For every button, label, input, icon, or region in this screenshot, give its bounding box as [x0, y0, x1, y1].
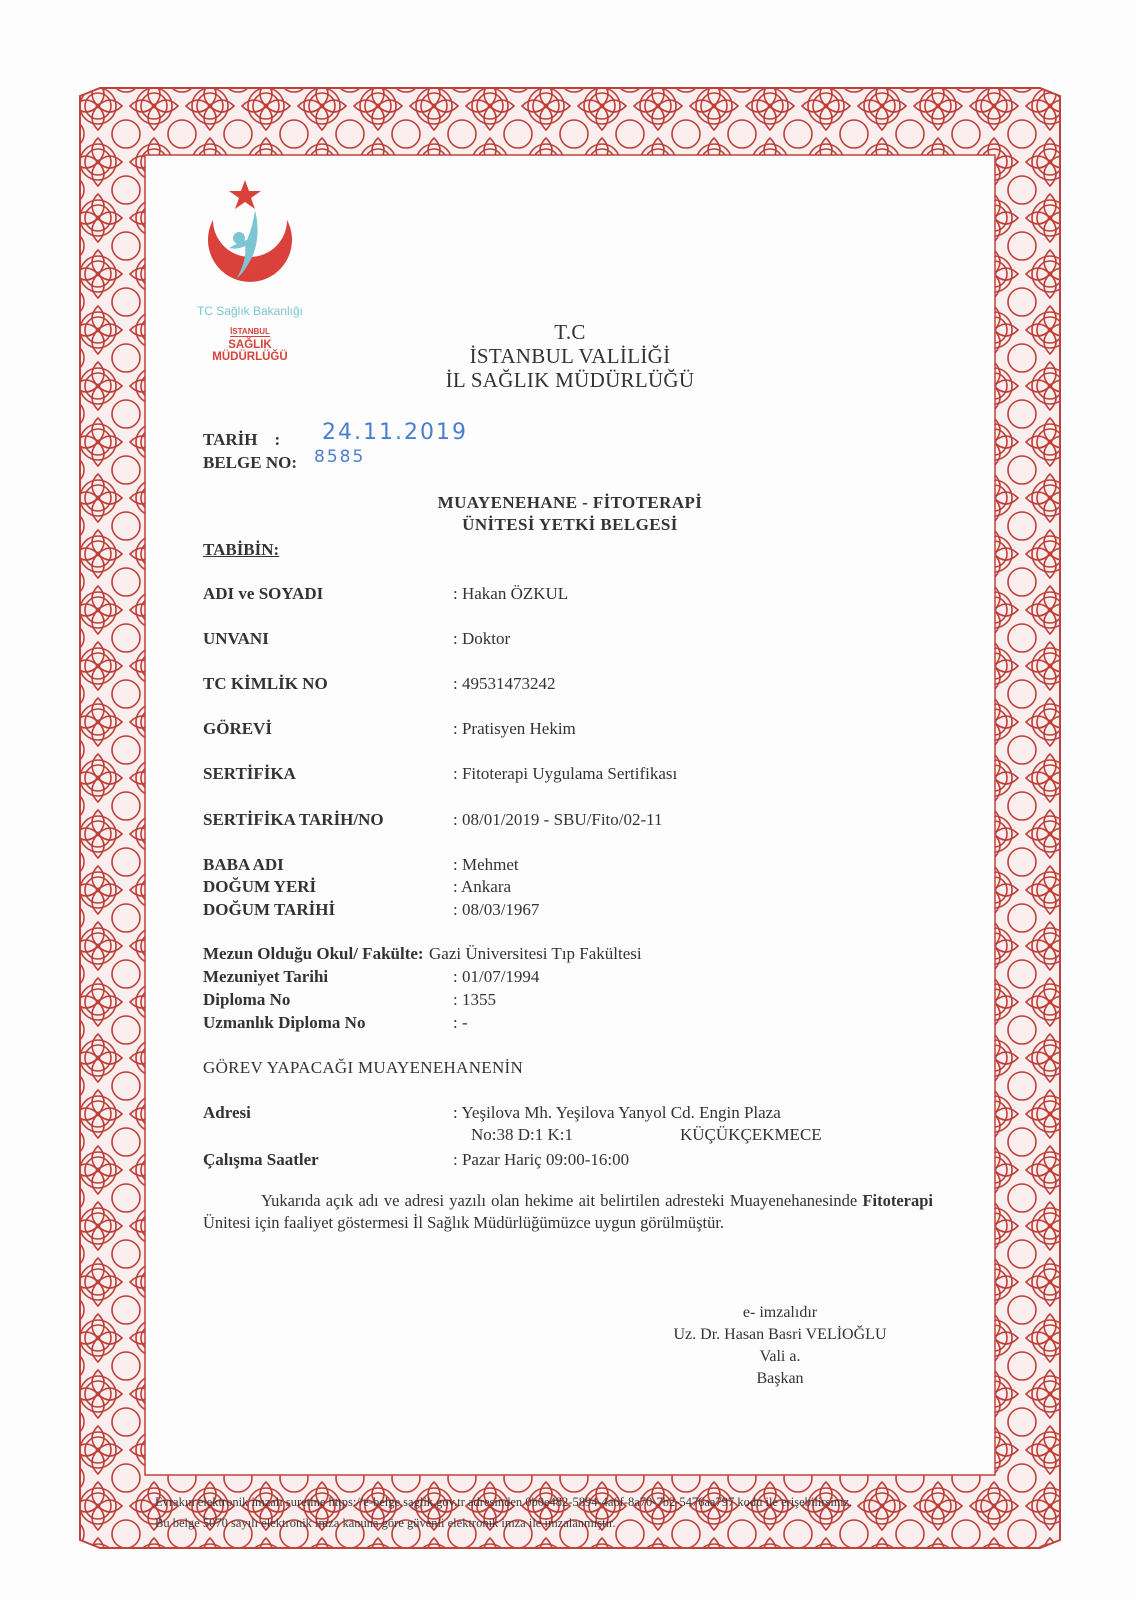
field-value: Gazi Üniversitesi Tıp Fakültesi	[429, 944, 642, 964]
doc-no-label: BELGE NO:	[203, 451, 297, 474]
document-title: MUAYENEHANE - FİTOTERAPİ ÜNİTESİ YETKİ B…	[400, 492, 740, 536]
field-label: BABA ADI	[203, 855, 284, 875]
field-label: GÖREVİ	[203, 719, 272, 739]
field-value: : 08/01/2019 - SBU/Fito/02-11	[453, 810, 663, 830]
field-value: : Hakan ÖZKUL	[453, 584, 568, 604]
footer-law-text: Bu belge 5070 sayılı elektronik imza kan…	[155, 1513, 1025, 1534]
field-label: Mezun Olduğu Okul/ Fakülte:	[203, 944, 424, 964]
field-label: Mezuniyet Tarihi	[203, 967, 328, 987]
logo-unit-text: SAĞLIK MÜDÜRLÜĞÜ	[185, 339, 315, 363]
field-value: : Ankara	[453, 877, 511, 897]
field-value: : Fitoterapi Uygulama Sertifikası	[453, 764, 677, 784]
field-label: TC KİMLİK NO	[203, 674, 328, 694]
signature-block: e- imzalıdır Uz. Dr. Hasan Basri VELİOĞL…	[640, 1302, 920, 1390]
address-district: KÜÇÜKÇEKMECE	[680, 1125, 822, 1145]
header-line-directorate: İL SAĞLIK MÜDÜRLÜĞÜ	[380, 368, 760, 392]
footer-verification-text: Evrakın elektronik imzalı suretine https…	[155, 1492, 1025, 1513]
field-value: : 01/07/1994	[453, 967, 539, 987]
field-label: DOĞUM TARİHİ	[203, 900, 335, 920]
field-value: : Mehmet	[453, 855, 519, 875]
field-label: DOĞUM YERİ	[203, 877, 316, 897]
section-physician-label: TABİBİN:	[203, 540, 279, 560]
field-value: : 49531473242	[453, 674, 555, 694]
header-line-tc: T.C	[380, 320, 760, 344]
document-meta: TARİH : BELGE NO:	[203, 428, 297, 474]
field-label: SERTİFİKA	[203, 764, 296, 784]
field-label: UNVANI	[203, 629, 269, 649]
e-signature-footer: Evrakın elektronik imzalı suretine https…	[155, 1492, 1025, 1534]
document-header: T.C İSTANBUL VALİLİĞİ İL SAĞLIK MÜDÜRLÜĞ…	[380, 320, 760, 392]
field-value: : -	[453, 1013, 468, 1033]
field-value: : 1355	[453, 990, 496, 1010]
field-value: : 08/03/1967	[453, 900, 539, 920]
header-line-governorship: İSTANBUL VALİLİĞİ	[380, 344, 760, 368]
address-line-1: : Yeşilova Mh. Yeşilova Yanyol Cd. Engin…	[453, 1103, 781, 1123]
clinic-heading: GÖREV YAPACAĞI MUAYENEHANENİN	[203, 1058, 523, 1078]
logo-ministry-text: TC Sağlık Bakanlığı	[175, 304, 325, 318]
star-crescent-figure-icon	[175, 180, 325, 310]
field-value: : Pratisyen Hekim	[453, 719, 576, 739]
handwritten-date: 24.11.2019	[322, 420, 468, 445]
logo-city-text: İSTANBUL	[200, 327, 300, 336]
handwritten-doc-no: 8585	[314, 447, 365, 467]
address-line-2: No:38 D:1 K:1	[471, 1125, 573, 1145]
field-label: Diploma No	[203, 990, 290, 1010]
approval-paragraph: Yukarıda açık adı ve adresi yazılı olan …	[203, 1190, 933, 1234]
date-label: TARİH :	[203, 428, 297, 451]
field-value: : Doktor	[453, 629, 510, 649]
field-label: Uzmanlık Diploma No	[203, 1013, 365, 1033]
field-label: ADI ve SOYADI	[203, 584, 323, 604]
field-label: SERTİFİKA TARİH/NO	[203, 810, 384, 830]
